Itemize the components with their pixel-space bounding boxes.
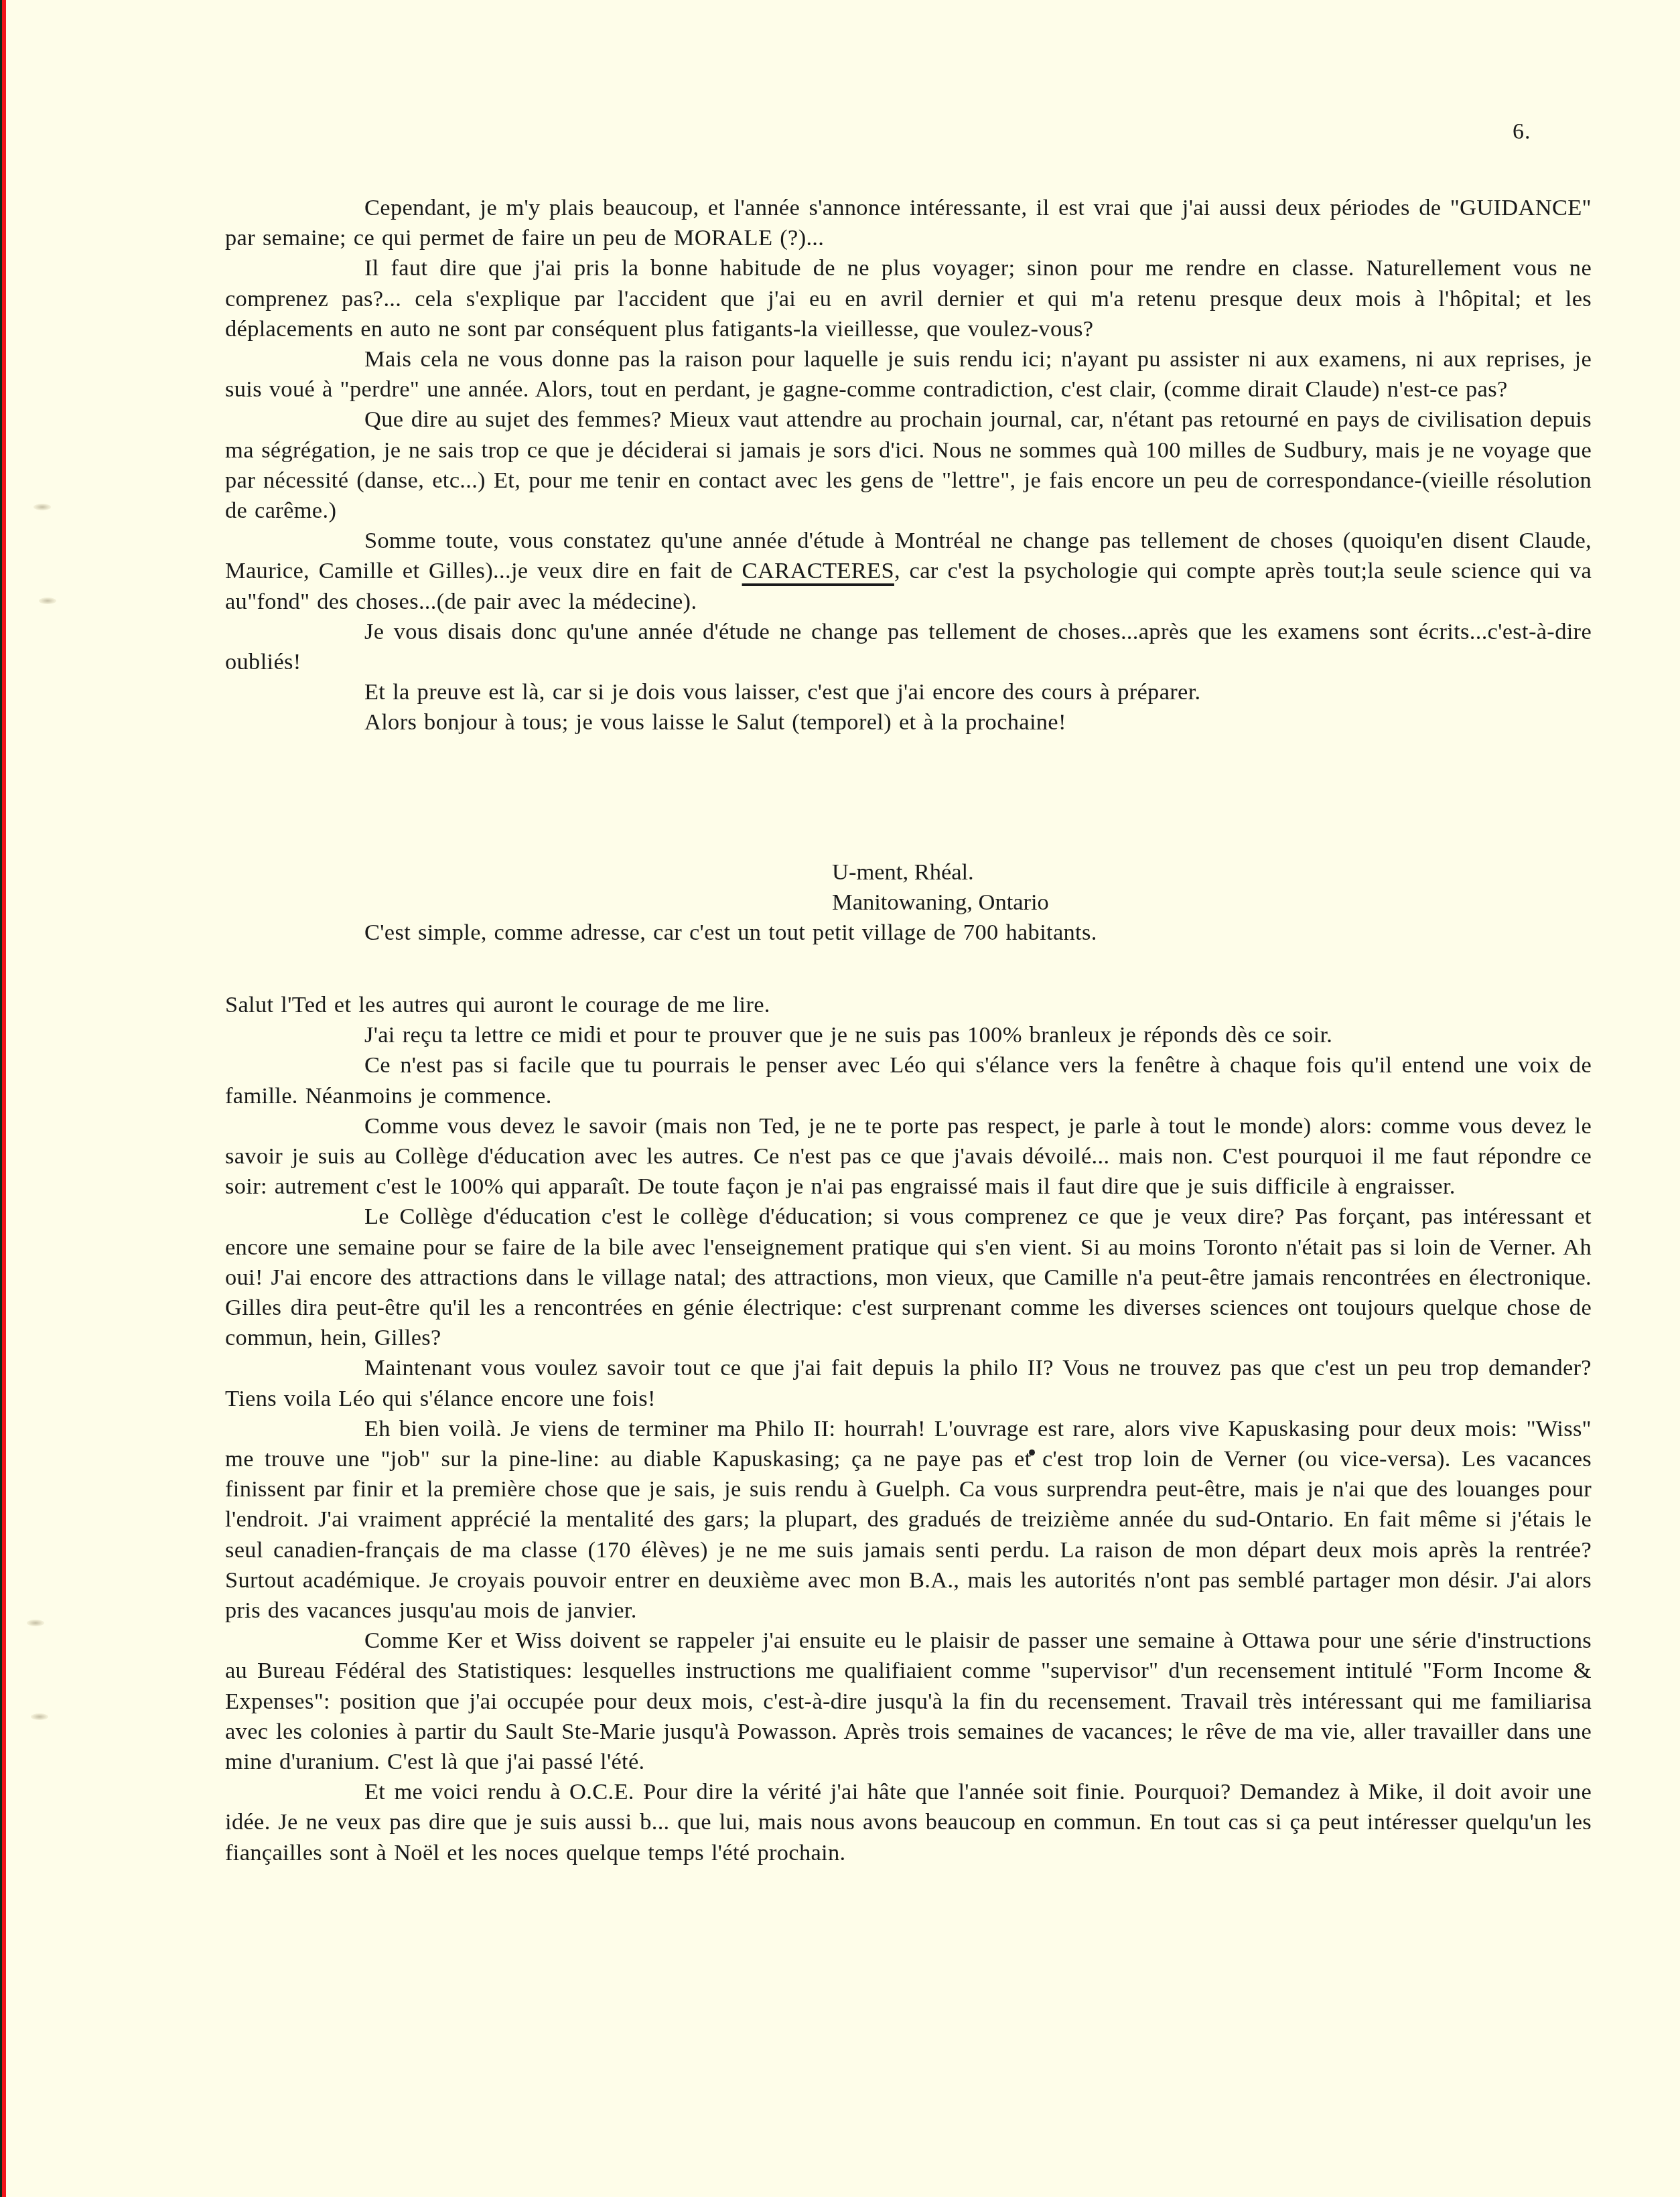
paragraph: Alors bonjour à tous; je vous laisse le … bbox=[225, 707, 1592, 737]
page-number: 6. bbox=[1513, 119, 1531, 145]
punch-hole-mark bbox=[39, 597, 56, 604]
paragraph: Et la preuve est là, car si je dois vous… bbox=[225, 677, 1592, 707]
paragraph: Et me voici rendu à O.C.E. Pour dire la … bbox=[225, 1777, 1592, 1868]
paragraph: J'ai reçu ta lettre ce midi et pour te p… bbox=[225, 1020, 1592, 1050]
postscript: C'est simple, comme adresse, car c'est u… bbox=[225, 918, 1592, 948]
signature-name: U-ment, Rhéal. bbox=[832, 857, 1049, 888]
paragraph: Je vous disais donc qu'une année d'étude… bbox=[225, 617, 1592, 677]
punch-hole-mark bbox=[33, 504, 51, 510]
letter-1-body: Cependant, je m'y plais beaucoup, et l'a… bbox=[225, 193, 1592, 738]
signature-address: Manitowaning, Ontario bbox=[832, 888, 1049, 918]
underlined-word: CARACTERES bbox=[742, 558, 894, 583]
paragraph: Ce n'est pas si facile que tu pourrais l… bbox=[225, 1050, 1592, 1111]
letter-1-postscript: C'est simple, comme adresse, car c'est u… bbox=[225, 918, 1592, 948]
paragraph: Il faut dire que j'ai pris la bonne habi… bbox=[225, 253, 1592, 344]
paragraph: Eh bien voilà. Je viens de terminer ma P… bbox=[225, 1414, 1592, 1626]
paragraph: Cependant, je m'y plais beaucoup, et l'a… bbox=[225, 193, 1592, 253]
punch-hole-mark bbox=[27, 1620, 44, 1626]
paragraph: Somme toute, vous constatez qu'une année… bbox=[225, 526, 1592, 617]
letter-2-body: Salut l'Ted et les autres qui auront le … bbox=[225, 990, 1592, 1868]
paragraph: Le Collège d'éducation c'est le collège … bbox=[225, 1202, 1592, 1353]
paragraph: Maintenant vous voulez savoir tout ce qu… bbox=[225, 1353, 1592, 1413]
greeting: Salut l'Ted et les autres qui auront le … bbox=[225, 990, 1592, 1020]
paragraph: Mais cela ne vous donne pas la raison po… bbox=[225, 344, 1592, 405]
paragraph: Que dire au sujet des femmes? Mieux vaut… bbox=[225, 405, 1592, 526]
ink-dot-mark bbox=[1029, 1449, 1035, 1456]
signature-block: U-ment, Rhéal. Manitowaning, Ontario bbox=[832, 857, 1049, 918]
page-edge-red-margin bbox=[2, 0, 6, 2197]
punch-hole-mark bbox=[31, 1713, 48, 1720]
paragraph: Comme vous devez le savoir (mais non Ted… bbox=[225, 1111, 1592, 1202]
paragraph: Comme Ker et Wiss doivent se rappeler j'… bbox=[225, 1626, 1592, 1777]
